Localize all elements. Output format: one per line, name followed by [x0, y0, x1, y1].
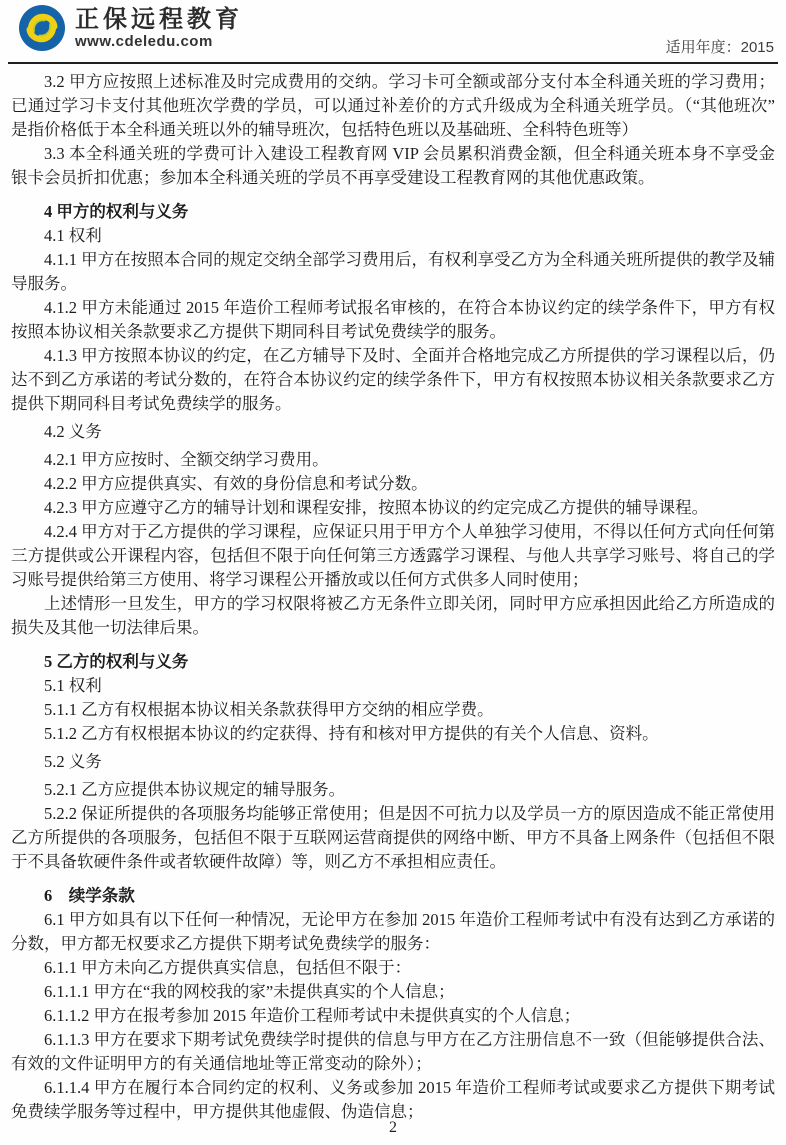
document-body: 3.2 甲方应按照上述标准及时完成费用的交纳。学习卡可全额或部分支付本全科通关班… — [0, 66, 786, 1124]
paragraph: 5.2 义务 — [11, 750, 775, 774]
paragraph: 6.1.1.4 甲方在履行本合同约定的权利、义务或参加 2015 年造价工程师考… — [11, 1076, 775, 1124]
paragraph: 5.1.2 乙方有权根据本协议的约定获得、持有和核对甲方提供的有关个人信息、资料… — [11, 722, 775, 746]
document-page: 正保远程教育 www.cdeledu.com 适用年度：2015 3.2 甲方应… — [0, 0, 786, 1145]
section-heading: 4 甲方的权利与义务 — [11, 200, 775, 224]
paragraph: 4.1 权利 — [11, 224, 775, 248]
paragraph: 4.1.2 甲方未能通过 2015 年造价工程师考试报名审核的，在符合本协议约定… — [11, 296, 775, 344]
paragraph: 3.3 本全科通关班的学费可计入建设工程教育网 VIP 会员累积消费金额，但全科… — [11, 142, 775, 190]
paragraph: 5.1 权利 — [11, 674, 775, 698]
page-number: 2 — [0, 1119, 786, 1137]
paragraph: 6.1.1.1 甲方在“我的网校我的家”未提供真实的个人信息； — [11, 980, 775, 1004]
paragraph: 6.1.1.2 甲方在报考参加 2015 年造价工程师考试中未提供真实的个人信息… — [11, 1004, 775, 1028]
brand-name: 正保远程教育 — [75, 6, 243, 33]
paragraph: 4.2.3 甲方应遵守乙方的辅导计划和课程安排，按照本协议的约定完成乙方提供的辅… — [11, 496, 775, 520]
paragraph: 4.2.4 甲方对于乙方提供的学习课程，应保证只用于甲方个人单独学习使用，不得以… — [11, 520, 775, 592]
paragraph: 6.1 甲方如具有以下任何一种情况，无论甲方在参加 2015 年造价工程师考试中… — [11, 908, 775, 956]
paragraph: 4.2.1 甲方应按时、全额交纳学习费用。 — [11, 448, 775, 472]
paragraph: 3.2 甲方应按照上述标准及时完成费用的交纳。学习卡可全额或部分支付本全科通关班… — [11, 70, 775, 142]
section-heading: 6 续学条款 — [11, 884, 775, 908]
brand-logo: 正保远程教育 www.cdeledu.com — [18, 4, 243, 52]
brand-website: www.cdeledu.com — [75, 33, 243, 50]
paragraph: 4.1.1 甲方在按照本合同的规定交纳全部学习费用后，有权利享受乙方为全科通关班… — [11, 248, 775, 296]
paragraph: 上述情形一旦发生，甲方的学习权限将被乙方无条件立即关闭，同时甲方应承担因此给乙方… — [11, 592, 775, 640]
section-heading: 5 乙方的权利与义务 — [11, 650, 775, 674]
paragraph: 5.2.1 乙方应提供本协议规定的辅导服务。 — [11, 778, 775, 802]
cdel-logo-icon — [18, 4, 66, 52]
paragraph: 5.1.1 乙方有权根据本协议相关条款获得甲方交纳的相应学费。 — [11, 698, 775, 722]
applicable-year-label: 适用年度：2015 — [666, 36, 774, 57]
page-header: 正保远程教育 www.cdeledu.com 适用年度：2015 — [8, 0, 778, 64]
paragraph: 4.2 义务 — [11, 420, 775, 444]
paragraph: 4.2.2 甲方应提供真实、有效的身份信息和考试分数。 — [11, 472, 775, 496]
paragraph: 4.1.3 甲方按照本协议的约定，在乙方辅导下及时、全面并合格地完成乙方所提供的… — [11, 344, 775, 416]
brand-text-block: 正保远程教育 www.cdeledu.com — [75, 6, 243, 50]
paragraph: 5.2.2 保证所提供的各项服务均能够正常使用；但是因不可抗力以及学员一方的原因… — [11, 802, 775, 874]
paragraph: 6.1.1.3 甲方在要求下期考试免费续学时提供的信息与甲方在乙方注册信息不一致… — [11, 1028, 775, 1076]
paragraph: 6.1.1 甲方未向乙方提供真实信息，包括但不限于： — [11, 956, 775, 980]
